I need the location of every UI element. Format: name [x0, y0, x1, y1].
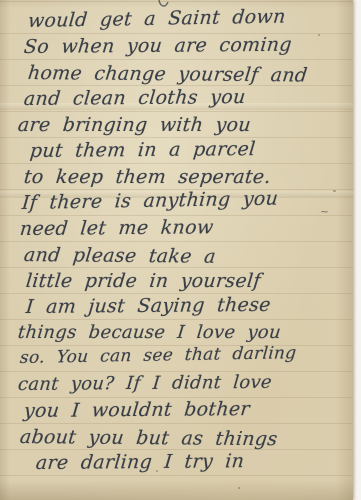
- letter-line: and clean cloths you: [23, 86, 247, 110]
- letter-line: would get a Saint down: [27, 5, 287, 32]
- letter-line: So when you are coming: [23, 34, 293, 58]
- letter-line: things because I love you: [17, 322, 282, 343]
- letter-line: put them in a parcel: [29, 138, 257, 162]
- letter-line: need let me know: [19, 216, 215, 240]
- paper-speck: [156, 470, 158, 472]
- ink-speck: [318, 34, 320, 36]
- letter-line: cant you? If I didnt love: [17, 372, 273, 395]
- letter-line: to keep them seperate.: [23, 166, 272, 188]
- letter-line: home change yourself and: [27, 62, 309, 86]
- paper-speck: [60, 330, 62, 332]
- letter-line: you I wouldnt bother: [23, 398, 251, 422]
- letter-line: little pride in yourself: [25, 270, 262, 292]
- letter-line: and please take a: [23, 244, 217, 268]
- letter-line: about you but as things: [19, 426, 279, 450]
- paper-sheet: would get a Saint downSo when you are co…: [0, 0, 353, 500]
- paper-speck: [238, 487, 240, 489]
- letter-line: so. You can see that darling: [19, 343, 297, 368]
- letter-body: would get a Saint downSo when you are co…: [0, 0, 353, 500]
- ink-flourish: ~: [320, 205, 329, 218]
- letter-line: I am just Saying these: [25, 294, 272, 318]
- letter-line: If there is anything you: [21, 188, 279, 215]
- letter-scan: would get a Saint downSo when you are co…: [0, 0, 361, 500]
- ink-speck: [333, 190, 336, 192]
- letter-line: are bringing with you: [17, 114, 252, 136]
- letter-line: are darling I try in: [35, 450, 245, 474]
